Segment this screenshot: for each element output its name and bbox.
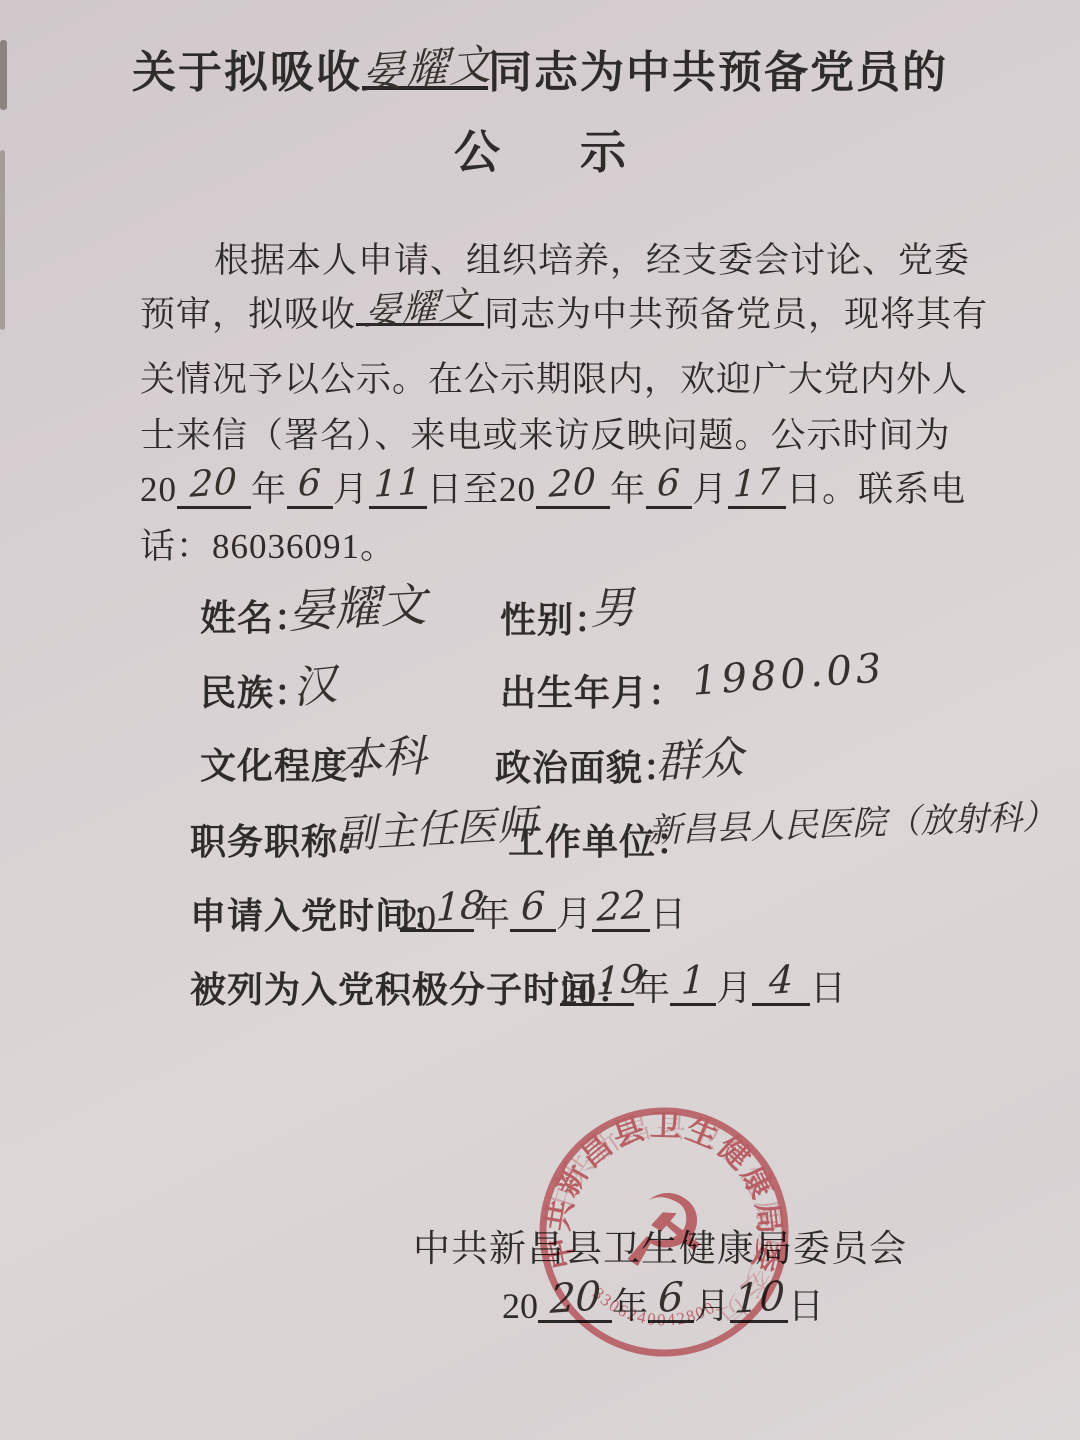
field-label-political-status: 政治面貌： — [495, 740, 680, 791]
sig-year-blank: 20 — [538, 1282, 612, 1323]
apply-day-unit: 日 — [650, 894, 686, 934]
period-year2-blank: 20 — [536, 469, 610, 509]
body-line-4: 士来信（署名）、来电或来访反映问题。公示时间为 — [140, 408, 960, 458]
sig-month-blank: 6 — [648, 1282, 694, 1323]
document-title-line2: 公示 — [0, 116, 1080, 182]
field-value-job-title: 副主任医师 — [335, 793, 538, 860]
activist-day-hand: 4 — [768, 957, 794, 1003]
period-mid: 日至 — [427, 470, 499, 509]
body-name-handwritten: 晏耀文 — [364, 276, 477, 335]
body-line2-suffix: 同志为中共预备党员，现将其有 — [484, 295, 988, 334]
sig-day-blank: 10 — [730, 1282, 788, 1323]
title-char-shi: 示 — [580, 127, 626, 178]
period-month2-blank: 6 — [646, 469, 692, 509]
title-prefix: 关于拟吸收 — [132, 48, 362, 97]
apply-day-blank: 22 — [592, 891, 650, 932]
field-value-ethnicity: 汉 — [289, 648, 339, 716]
period-month1-blank: 6 — [287, 469, 333, 509]
field-value-gender: 男 — [589, 571, 635, 636]
activist-year-hand: 19 — [595, 956, 645, 1004]
document-page: 关于拟吸收晏耀文同志为中共预备党员的 公示 根据本人申请、组织培养，经支委会讨论… — [0, 0, 1080, 1440]
signature-date: 2020年6月10日 — [502, 1278, 824, 1329]
period-day2-blank: 17 — [728, 469, 786, 509]
body-line-5-publicity-period: 2020年6月11日至2020年6月17日。联系电 — [140, 462, 960, 512]
field-value-education: 本科 — [336, 720, 427, 789]
title-name-blank: 晏耀文 — [362, 40, 488, 90]
body-line-6-phone: 话：86036091。 — [140, 519, 960, 569]
period-year2-printed: 20 — [499, 470, 536, 509]
document-title-line1: 关于拟吸收晏耀文同志为中共预备党员的 — [0, 36, 1080, 100]
period-day1-hand: 11 — [373, 461, 422, 506]
period-end: 日。联系电 — [786, 470, 966, 509]
field-label-birthdate: 出生年月： — [500, 665, 685, 716]
apply-year-printed: 20 — [400, 898, 436, 938]
sig-year-printed: 20 — [502, 1286, 538, 1326]
period-year-unit1: 年 — [251, 470, 287, 509]
apply-year-blank: 2018 — [400, 891, 474, 932]
body-line2-prefix: 预审，拟吸收 — [140, 295, 356, 334]
apply-month-blank: 6 — [510, 891, 556, 932]
sig-month-unit: 月 — [694, 1286, 730, 1326]
sig-day-unit: 日 — [788, 1286, 824, 1326]
title-name-handwritten: 晏耀文 — [361, 31, 495, 101]
activist-month-blank: 1 — [670, 965, 716, 1006]
title-char-gong: 公 — [454, 127, 500, 178]
title-suffix: 同志为中共预备党员的 — [488, 48, 948, 97]
activist-day-unit: 日 — [810, 968, 846, 1008]
sig-month-hand: 6 — [658, 1274, 685, 1322]
body-line-1: 根据本人申请、组织培养，经支委会讨论、党委 — [140, 233, 1034, 283]
period-year2-hand: 20 — [548, 461, 597, 506]
period-month-unit2: 月 — [692, 470, 728, 509]
apply-month-hand: 6 — [520, 883, 546, 929]
apply-year-hand: 18 — [435, 882, 485, 930]
activist-month-hand: 1 — [680, 957, 706, 1003]
field-value-political-status: 群众 — [653, 721, 745, 791]
body-line-2: 预审，拟吸收晏耀文同志为中共预备党员，现将其有 — [140, 286, 960, 337]
activist-year-blank: 2019 — [560, 965, 634, 1006]
sig-year-unit: 年 — [612, 1286, 648, 1326]
signature-organization: 中共新昌县卫生健康局委员会 — [413, 1218, 907, 1272]
field-value-application-date: 2018年6月22日 — [400, 886, 686, 937]
sig-year-hand: 20 — [549, 1273, 601, 1323]
period-year1-printed: 20 — [140, 470, 177, 509]
field-value-work-unit: 新昌县人民医院（放射科） — [647, 789, 1056, 852]
sig-day-hand: 10 — [733, 1273, 785, 1323]
period-year-unit2: 年 — [610, 470, 646, 509]
apply-month-unit: 月 — [556, 894, 592, 934]
period-month1-hand: 6 — [297, 462, 322, 505]
field-value-birthdate: 1980.03 — [691, 645, 887, 704]
apply-day-hand: 22 — [596, 882, 646, 930]
field-value-activist-date: 2019年1月4日 — [560, 960, 846, 1011]
field-value-name: 晏耀文 — [286, 568, 427, 641]
activist-month-unit: 月 — [716, 968, 752, 1008]
period-month2-hand: 6 — [656, 462, 681, 505]
activist-day-blank: 4 — [752, 965, 810, 1006]
period-year1-hand: 20 — [189, 461, 238, 506]
body-name-blank: 晏耀文 — [356, 286, 484, 326]
activist-year-printed: 20 — [560, 972, 596, 1012]
period-year1-blank: 20 — [177, 469, 251, 509]
period-month-unit1: 月 — [333, 470, 369, 509]
body-line-3: 关情况予以公示。在公示期限内，欢迎广大党内外人 — [140, 352, 960, 402]
period-day2-hand: 17 — [733, 461, 782, 506]
period-day1-blank: 11 — [369, 469, 427, 509]
